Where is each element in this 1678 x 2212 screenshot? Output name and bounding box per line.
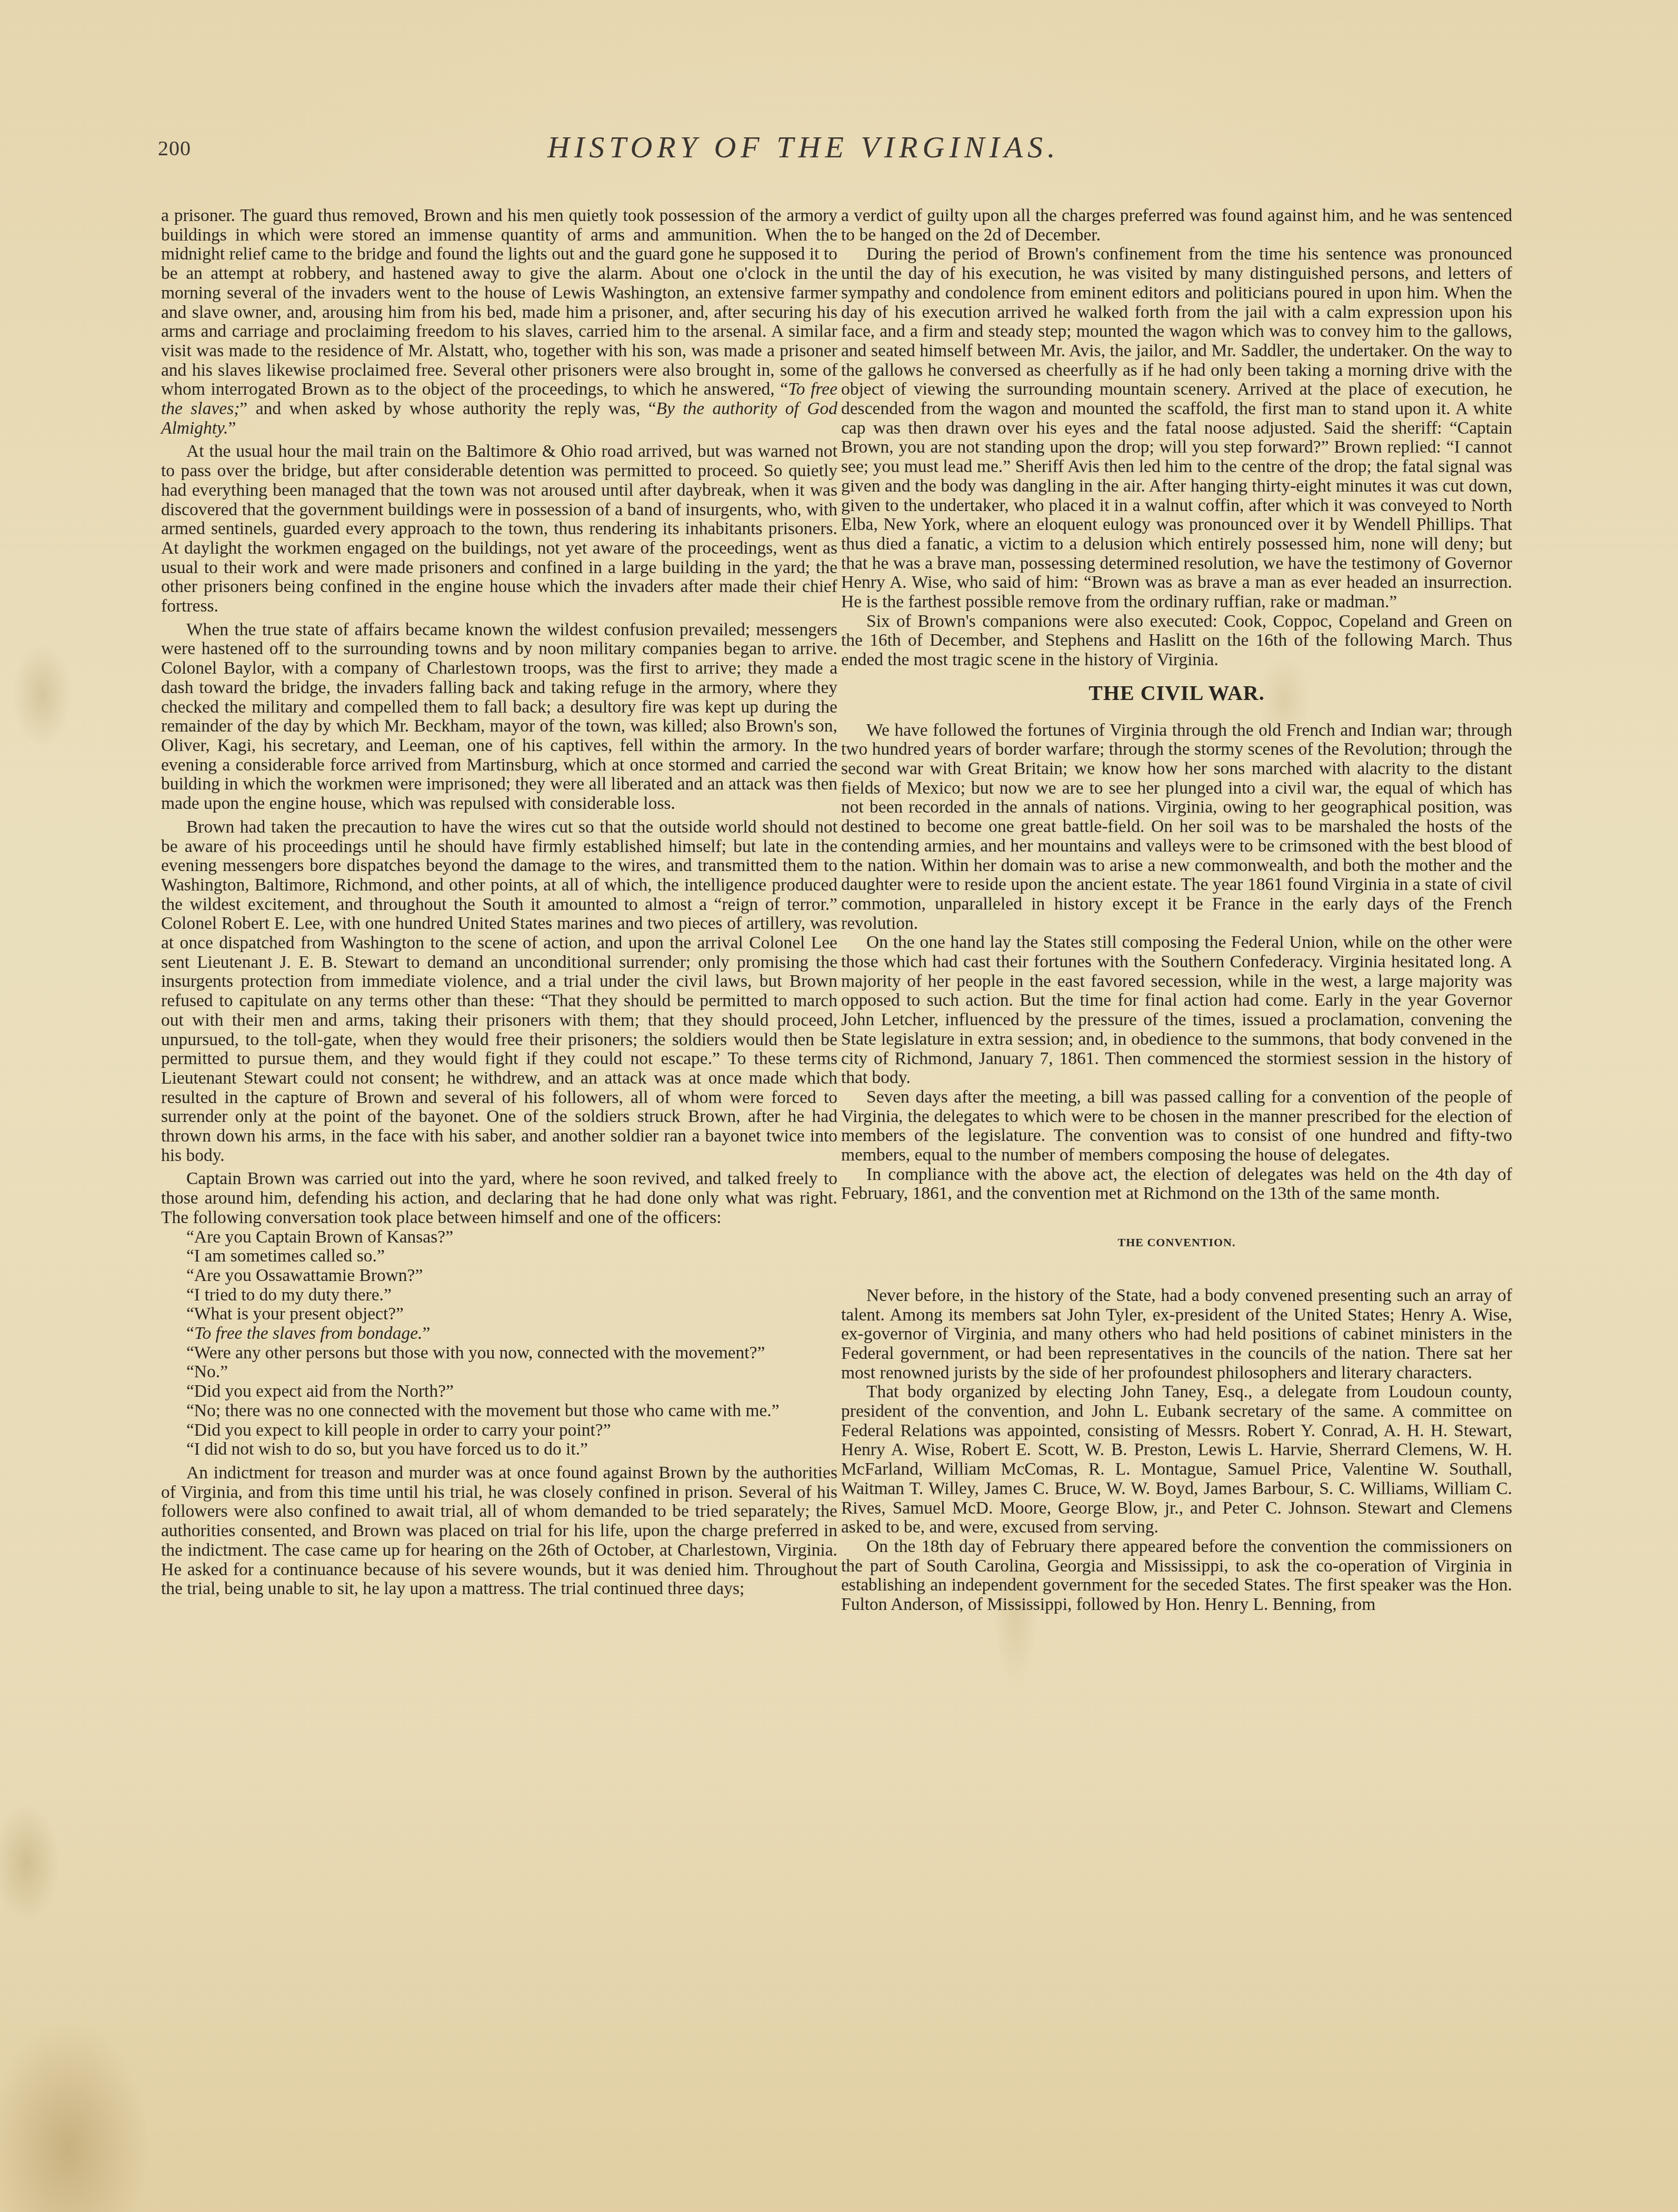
dialogue-line: “To free the slaves from bondage.” [161,1324,837,1344]
paragraph: At the usual hour the mail train on the … [161,442,837,616]
paragraph: a verdict of guilty upon all the charges… [841,206,1512,245]
section-heading-civil-war: THE CIVIL WAR. [841,684,1512,703]
right-column: a verdict of guilty upon all the charges… [841,206,1512,1615]
dialogue-line: “I did not wish to do so, but you have f… [161,1440,837,1459]
paragraph: Seven days after the meeting, a bill was… [841,1088,1512,1165]
section-heading-convention: THE CONVENTION. [841,1233,1512,1253]
paragraph: During the period of Brown's confinement… [841,245,1512,612]
paragraph: When the true state of affairs became kn… [161,620,837,814]
dialogue-line: “I am sometimes called so.” [161,1247,837,1266]
dialogue-line: “What is your present object?” [161,1305,837,1324]
dialogue-line: “No.” [161,1363,837,1382]
paragraph: An indictment for treason and murder was… [161,1464,837,1599]
dialogue-line: “Are you Ossawattamie Brown?” [161,1266,837,1286]
dialogue-line: “No; there was no one connected with the… [161,1402,837,1421]
paragraph: That body organized by electing John Tan… [841,1383,1512,1537]
paragraph: Brown had taken the precaution to have t… [161,818,837,1166]
paragraph: Never before, in the history of the Stat… [841,1286,1512,1383]
paragraph: We have followed the fortunes of Virgini… [841,721,1512,934]
running-title: HISTORY OF THE VIRGINIAS. [547,129,1179,165]
left-column: a prisoner. The guard thus removed, Brow… [161,206,837,1599]
paragraph: On the 18th day of February there appear… [841,1537,1512,1615]
dialogue-line: “Are you Captain Brown of Kansas?” [161,1228,837,1247]
italic-quote: To free the slaves from bondage. [194,1324,423,1343]
paragraph: Six of Brown's companions were also exec… [841,612,1512,670]
page-number: 200 [158,136,191,161]
dialogue-line: “I tried to do my duty there.” [161,1286,837,1305]
dialogue-line: “Were any other persons but those with y… [161,1344,837,1363]
paragraph: On the one hand lay the States still com… [841,933,1512,1088]
paragraph: a prisoner. The guard thus removed, Brow… [161,206,837,438]
dialogue-line: “Did you expect aid from the North?” [161,1382,837,1402]
paragraph: Captain Brown was carried out into the y… [161,1169,837,1227]
paragraph: In compliance with the above act, the el… [841,1165,1512,1204]
dialogue-line: “Did you expect to kill people in order … [161,1421,837,1440]
